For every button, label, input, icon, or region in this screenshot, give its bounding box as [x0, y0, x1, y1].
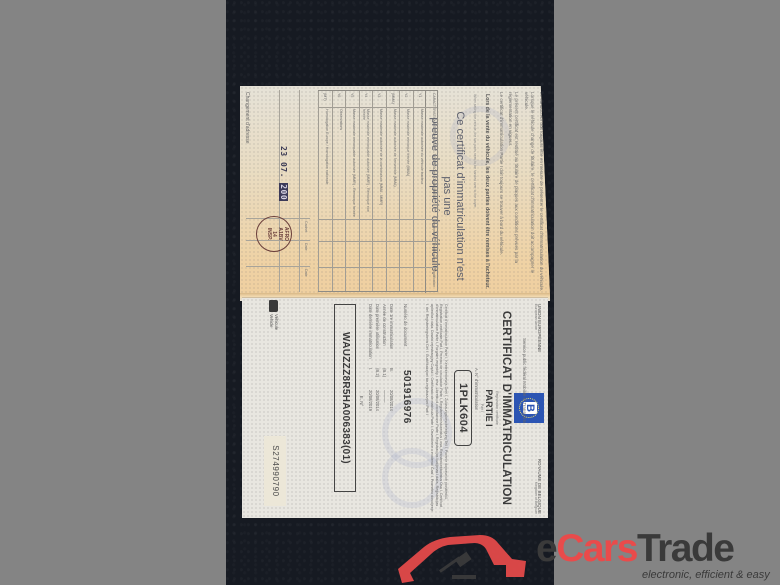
plate-label: A. N° d'immatriculation	[474, 368, 479, 410]
eu-label: UNION EUROPÉENNE European Union	[533, 304, 542, 352]
inspection-area: Cachet Date Date	[246, 90, 310, 292]
date-stamp-day: 23 07.	[279, 146, 288, 178]
table-row: Y2Masse maximale remorque freinée (MMA)	[400, 91, 412, 291]
stamp-line: AFRO	[282, 217, 288, 251]
sign-label: Date	[304, 269, 308, 277]
note: Lorsque le véhicule change de titulaire,…	[522, 92, 534, 292]
notes: Le conducteur doit toujours être en mesu…	[495, 92, 544, 292]
stamp-line: INSP.	[265, 217, 271, 251]
ecarstrade-logo: eCarsTrade electronic, efficient & easy	[394, 525, 780, 585]
note: Le certificat d'immatriculation Partie I…	[498, 92, 504, 292]
date-stamp: 23 07. 200	[279, 146, 288, 201]
table-row: (MT)Homologation Europe / Homologation n…	[319, 91, 331, 291]
registration-fields: Date 1re immatriculationB.20/08/2014Anné…	[366, 304, 394, 444]
field-code: (B.1)	[382, 368, 387, 377]
row-code: Y5	[351, 93, 355, 107]
row-code: Y4	[364, 93, 368, 107]
table-row: Y6Observations	[332, 91, 344, 291]
bottom-page-content: UNION EUROPÉENNE European Union B ROYAUM…	[242, 298, 548, 518]
table-col: Inscription	[425, 219, 437, 241]
change-of-address-label: Changement d'adresse	[244, 92, 250, 144]
brand-cars: Cars	[556, 527, 637, 570]
table-row: Y3Masse maximale autorisée de la combina…	[373, 91, 385, 291]
vehicle-label-en: Vehicle	[269, 314, 274, 330]
field-label: Date première utilisation	[375, 304, 380, 349]
row-code: (MT)	[324, 93, 328, 107]
sale-warning-en: When selling the vehicle, the two parts …	[473, 94, 477, 290]
vehicle-label: Véhicule Vehicle	[269, 314, 278, 330]
issuing-service: Service public fédéral Mobilité et Trans…	[522, 338, 527, 423]
note: Le présent certificat est restitué au ti…	[507, 92, 519, 292]
disclaimer-line-1: Ce certificat d'immatriculation n'est pa…	[441, 106, 466, 286]
top-page-content: Le conducteur doit toujours être en mesu…	[240, 86, 550, 296]
document-bottom-page: UNION EUROPÉENNE European Union B ROYAUM…	[242, 298, 548, 518]
row-code: Y1	[418, 93, 422, 107]
row-description: Masse maximale autorisée du véhicule tra…	[420, 109, 424, 219]
certificate-title: CERTIFICAT D'IMMATRICULATION	[500, 298, 512, 518]
brand-name: eCarsTrade	[536, 527, 734, 571]
vehicle-label-fr: Véhicule	[273, 314, 278, 330]
car-auction-icon	[394, 525, 534, 585]
table-row: (MMA)Masse maximale autorisée de l'ensem…	[386, 91, 398, 291]
eu-flag-icon: B	[514, 393, 544, 423]
serial-number: S274990790	[264, 436, 286, 506]
field-code: B.	[389, 368, 394, 372]
registration-field: Date 1re immatriculationB.20/08/2014	[387, 304, 394, 444]
registration-field: Date première utilisation(B.2)20/08/2014	[373, 304, 380, 444]
row-description: Masse maximale remorquable autorisée (MM…	[353, 109, 357, 219]
part-sublabel: Part I	[480, 298, 484, 518]
row-description: Masse maximale autorisée de la combinais…	[380, 109, 384, 219]
table-col: Modification	[425, 241, 437, 267]
vin-label: E. N°	[359, 298, 364, 504]
table-col: Modification	[425, 267, 437, 293]
document-number: 501916976	[401, 370, 412, 424]
registration-document: Le conducteur doit toujours être en mesu…	[240, 86, 550, 518]
registration-plate: 1PLK604	[454, 370, 472, 446]
inspection-stamp: AFRO A1BV 14 INSP.	[256, 216, 292, 252]
field-label: Année de construction	[382, 304, 387, 346]
registration-field: Année de construction(B.1)———	[380, 304, 387, 444]
part-label: PARTIE I	[484, 298, 494, 518]
kingdom-label: ROYAUME DE BELGIQUE Kingdom of Belgium	[533, 458, 542, 514]
field-val: 20/08/2014	[375, 390, 380, 411]
sale-warning: Lors de la vente du véhicule, les deux p…	[484, 94, 490, 290]
sign-label: Cachet	[304, 221, 308, 232]
row-description: Homologation Europe / Homologation natio…	[326, 109, 330, 219]
field-val: ———	[382, 390, 387, 403]
document-top-page: Le conducteur doit toujours être en mesu…	[240, 86, 550, 296]
table-row: Y4Masse maximale remorquable autorisée (…	[359, 91, 371, 291]
technical-table: CARACTÉRISTIQUES TECHNIQUES - TECHNISCHE…	[318, 90, 438, 292]
document-number-label: Numéro de document	[403, 304, 408, 346]
row-description: Observations	[339, 109, 343, 219]
date-stamp-year: 200	[279, 183, 288, 201]
field-code: (B.2)	[375, 368, 380, 377]
table-row: Y5Masse maximale remorquable autorisée (…	[346, 91, 358, 291]
row-code: Y3	[378, 93, 382, 107]
certificate-subtitle: Registration certificate	[495, 298, 499, 518]
legal-text: Certificat d'immatriculation Partie I, K…	[424, 304, 448, 512]
row-code: Y6	[337, 93, 341, 107]
row-code: (MMA)	[391, 93, 395, 107]
sign-label: Date	[304, 243, 308, 251]
field-code: I.	[368, 368, 373, 370]
table-row: Y1Masse maximale autorisée du véhicule t…	[413, 91, 425, 291]
field-val: 20/08/2014	[389, 390, 394, 411]
brand-tagline: electronic, efficient & easy	[642, 569, 770, 581]
vin-number: WAUZZZ8R5HA006383(01)	[334, 304, 356, 492]
brand-trade: Trade	[637, 527, 734, 570]
registration-field: Date dernière immatriculationI.20/08/201…	[366, 304, 373, 444]
field-label: Date dernière immatriculation	[368, 304, 373, 359]
row-code: Y2	[405, 93, 409, 107]
field-val: 20/08/2019	[368, 390, 373, 411]
car-icon	[269, 300, 278, 312]
row-description: Masse maximale remorque freinée (MMA)	[407, 109, 411, 219]
field-label: Date 1re immatriculation	[389, 304, 394, 349]
note: Le conducteur doit toujours être en mesu…	[538, 92, 544, 292]
table-header: CARACTÉRISTIQUES TECHNIQUES - TECHNISCHE…	[425, 91, 437, 219]
brand-e: e	[536, 527, 556, 570]
row-description: Masse maximale autorisée de l'ensemble (…	[393, 109, 397, 219]
row-description: Masse maximale remorquable autorisée (MM…	[362, 109, 370, 219]
stamp-line: A1BV	[277, 217, 283, 251]
